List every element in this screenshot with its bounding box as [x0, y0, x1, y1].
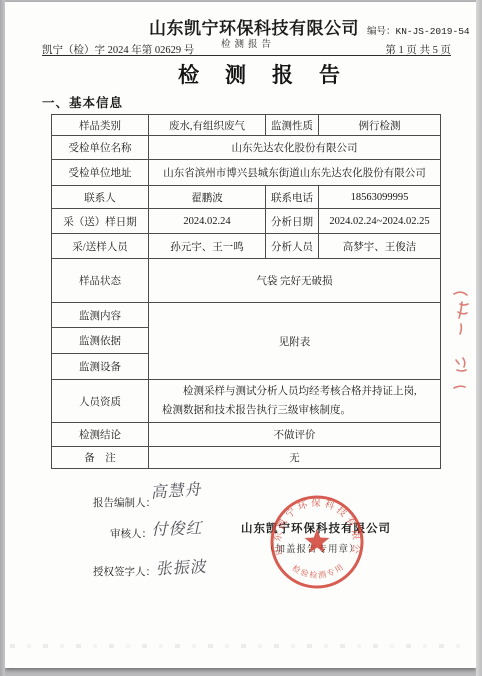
value-client-address: 山东省滨州市博兴县城东街道山东先达农化股份有限公司 — [149, 160, 441, 186]
label-monitor-nature: 监测性质 — [266, 115, 319, 136]
scan-edge-right — [476, 0, 482, 676]
label-analysis-date: 分析日期 — [266, 209, 319, 234]
label-conclusion: 检测结论 — [52, 423, 149, 447]
preparer-label: 报告编制人： — [93, 495, 156, 510]
value-client-name: 山东先达农化股份有限公司 — [149, 136, 441, 160]
authorized-signer-label: 授权签字人： — [93, 564, 156, 579]
value-analysis-date: 2024.02.24~2024.02.25 — [319, 209, 441, 234]
scan-bottom-noise — [10, 644, 472, 648]
staff-qualification-text: 检测采样与测试分析人员均经考核合格并持证上岗,检测数据和技术报告执行三级审核制度… — [151, 382, 438, 420]
report-title: 检测报告 — [178, 59, 366, 89]
label-analysis-staff: 分析人员 — [266, 234, 319, 259]
scan-edge-left — [0, 0, 5, 676]
value-conclusion: 不做评价 — [149, 423, 441, 447]
value-staff-qualification: 检测采样与测试分析人员均经考核合格并持证上岗,检测数据和技术报告执行三级审核制度… — [149, 380, 441, 423]
value-contact-person: 翟鹏波 — [149, 186, 266, 209]
value-sample-status: 气袋 完好无破损 — [149, 259, 441, 303]
label-contact-person: 联系人 — [52, 186, 149, 209]
reviewer-label: 审核人： — [110, 526, 152, 541]
label-monitor-equipment: 监测设备 — [52, 354, 149, 380]
value-sample-category: 废水,有组织废气 — [149, 115, 266, 136]
label-contact-phone: 联系电话 — [266, 186, 319, 209]
authorized-signer-signature: 张振波 — [156, 554, 210, 580]
label-monitor-content: 监测内容 — [52, 303, 149, 328]
label-staff-qualification: 人员资质 — [52, 380, 149, 423]
label-remarks: 备 注 — [52, 447, 149, 469]
value-contact-phone: 18563099995 — [319, 186, 441, 209]
value-sampling-staff: 孙元宇、王一鸣 — [149, 234, 266, 259]
red-margin-marks — [448, 288, 474, 408]
label-monitor-basis: 监测依据 — [52, 328, 149, 354]
value-remarks: 无 — [149, 447, 441, 469]
value-see-attachment: 见附表 — [149, 303, 441, 380]
report-page: 山东凯宁环保科技有限公司 编号：KN-JS-2019-54 检测报告 凯宁（检）… — [5, 2, 476, 668]
label-sample-category: 样品类别 — [52, 115, 149, 136]
preparer-signature: 高慧舟 — [150, 476, 204, 503]
basic-info-table: 样品类别 废水,有组织废气 监测性质 例行检测 受检单位名称 山东先达农化股份有… — [51, 114, 441, 469]
label-sample-status: 样品状态 — [52, 259, 149, 303]
label-sampling-staff: 采/送样人员 — [52, 234, 149, 259]
header-divider — [42, 55, 451, 56]
company-seal-stamp: 山东凯宁环保科技有限公司 检验检测专用章 — [267, 492, 367, 592]
label-sampling-date: 采（送）样日期 — [52, 209, 149, 234]
reviewer-signature: 付俊红 — [151, 515, 207, 540]
value-analysis-staff: 高梦宇、王俊洁 — [319, 234, 441, 259]
value-monitor-nature: 例行检测 — [319, 115, 441, 136]
value-sampling-date: 2024.02.24 — [149, 209, 266, 234]
scan-canvas: 山东凯宁环保科技有限公司 编号：KN-JS-2019-54 检测报告 凯宁（检）… — [0, 0, 482, 676]
section-title-basic-info: 一、基本信息 — [42, 93, 123, 111]
seal-star-icon — [305, 529, 330, 553]
label-client-address: 受检单位地址 — [52, 160, 149, 186]
label-client-name: 受检单位名称 — [52, 136, 149, 160]
